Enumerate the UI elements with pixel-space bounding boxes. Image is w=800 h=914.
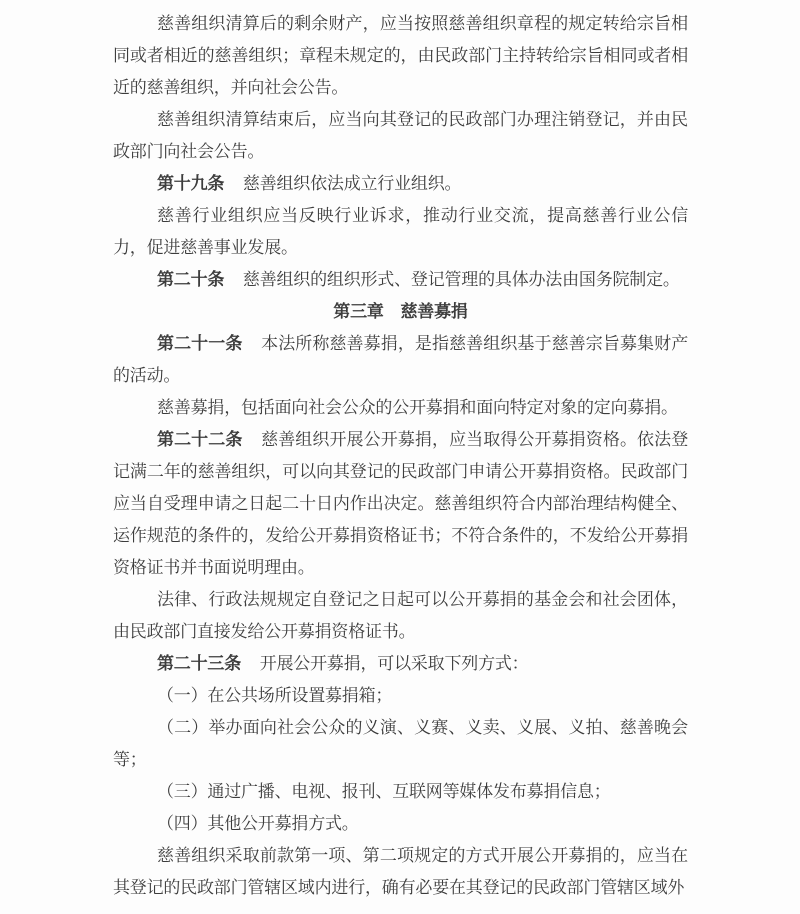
paragraph-text: 慈善组织清算结束后，应当向其登记的民政部门办理注销登记，并由民政部门向社会公告。 [113,110,688,161]
paragraph-text: （一）在公共场所设置募捐箱； [157,686,392,705]
paragraph-text: 开展公开募捐，可以采取下列方式： [260,654,529,673]
paragraph: 慈善组织清算结束后，应当向其登记的民政部门办理注销登记，并由民政部门向社会公告。 [113,104,688,168]
paragraph: （四）其他公开募捐方式。 [113,808,688,840]
paragraph-text: 慈善组织清算后的剩余财产，应当按照慈善组织章程的规定转给宗旨相同或者相近的慈善组… [113,14,688,97]
paragraph-text: （四）其他公开募捐方式。 [157,814,359,833]
paragraph-text: 慈善组织开展公开募捐，应当取得公开募捐资格。依法登记满二年的慈善组织，可以向其登… [113,430,688,577]
article-number: 第二十条 [157,270,224,289]
paragraph: 第十九条慈善组织依法成立行业组织。 [113,168,688,200]
paragraph-text: 第三章 慈善募捐 [333,302,467,321]
paragraph: 法律、行政法规规定自登记之日起可以公开募捐的基金会和社会团体，由民政部门直接发给… [113,584,688,648]
article-number: 第二十二条 [157,430,242,449]
paragraph-text: （三）通过广播、电视、报刊、互联网等媒体发布募捐信息； [157,782,611,801]
chapter-heading: 第三章 慈善募捐 [113,296,688,328]
paragraph-text: 慈善募捐，包括面向社会公众的公开募捐和面向特定对象的定向募捐。 [157,398,678,417]
paragraph-text: 慈善行业组织应当反映行业诉求，推动行业交流，提高慈善行业公信力，促进慈善事业发展… [113,206,688,257]
paragraph: 第二十一条本法所称慈善募捐，是指慈善组织基于慈善宗旨募集财产的活动。 [113,328,688,392]
paragraph: （二）举办面向社会公众的义演、义赛、义卖、义展、义拍、慈善晚会等； [113,712,688,776]
paragraph-text: 法律、行政法规规定自登记之日起可以公开募捐的基金会和社会团体，由民政部门直接发给… [113,590,688,641]
article-number: 第十九条 [157,174,224,193]
paragraph-text: 慈善组织依法成立行业组织。 [243,174,461,193]
paragraph: 慈善组织清算后的剩余财产，应当按照慈善组织章程的规定转给宗旨相同或者相近的慈善组… [113,8,688,104]
paragraph: 第二十二条慈善组织开展公开募捐，应当取得公开募捐资格。依法登记满二年的慈善组织，… [113,424,688,584]
document-page: 慈善组织清算后的剩余财产，应当按照慈善组织章程的规定转给宗旨相同或者相近的慈善组… [0,0,800,914]
paragraph: 第二十条慈善组织的组织形式、登记管理的具体办法由国务院制定。 [113,264,688,296]
paragraph: （三）通过广播、电视、报刊、互联网等媒体发布募捐信息； [113,776,688,808]
article-number: 第二十一条 [157,334,242,353]
paragraph: 第二十三条开展公开募捐，可以采取下列方式： [113,648,688,680]
paragraph-text: 慈善组织采取前款第一项、第二项规定的方式开展公开募捐的，应当在其登记的民政部门管… [113,846,688,897]
paragraph: 慈善组织采取前款第一项、第二项规定的方式开展公开募捐的，应当在其登记的民政部门管… [113,840,688,904]
article-number: 第二十三条 [157,654,241,673]
paragraph: 慈善募捐，包括面向社会公众的公开募捐和面向特定对象的定向募捐。 [113,392,688,424]
document-body: 慈善组织清算后的剩余财产，应当按照慈善组织章程的规定转给宗旨相同或者相近的慈善组… [113,8,688,904]
paragraph: 慈善行业组织应当反映行业诉求，推动行业交流，提高慈善行业公信力，促进慈善事业发展… [113,200,688,264]
paragraph-text: （二）举办面向社会公众的义演、义赛、义卖、义展、义拍、慈善晚会等； [113,718,688,769]
paragraph-text: 慈善组织的组织形式、登记管理的具体办法由国务院制定。 [243,270,680,289]
paragraph: （一）在公共场所设置募捐箱； [113,680,688,712]
